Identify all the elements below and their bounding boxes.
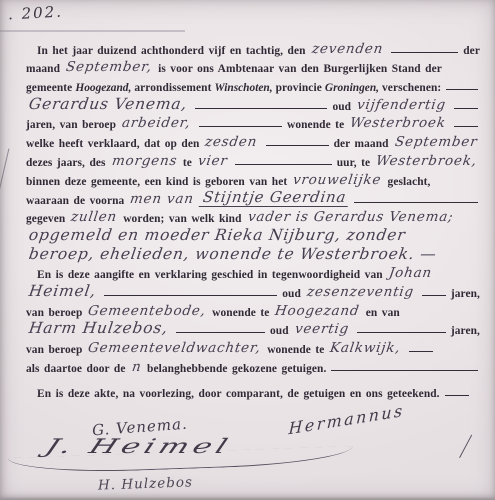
printed-text: gemeente: [26, 82, 72, 94]
fill-in-rule: [446, 89, 478, 90]
printed-text: oud: [282, 288, 301, 300]
printed-text: geslacht,: [388, 176, 431, 188]
document-line: beroep, ehelieden, wonende te Westerbroe…: [26, 244, 480, 263]
fill-in-dash: [445, 395, 469, 396]
printed-text: worden; van welk kind: [123, 213, 241, 225]
printed-text: arrondissement: [134, 82, 211, 94]
fill-in-rule: [199, 126, 282, 127]
fill-in-rule: [195, 108, 327, 109]
printed-text: uur, te: [337, 157, 370, 169]
printed-text: In het jaar duizend achthonderd vijf en …: [37, 45, 306, 57]
handwritten-text: zullen: [67, 209, 121, 225]
printed-text: binnen deze gemeente, een kind is gebore…: [26, 176, 287, 188]
document-line: In het jaar duizend achthonderd vijf en …: [26, 38, 480, 57]
fill-in-dash: [454, 108, 478, 109]
document-body: In het jaar duizend achthonderd vijf en …: [26, 38, 480, 400]
printed-italic-text: Groningen,: [325, 82, 379, 94]
document-line: dezes jaars, desmorgenstevieruur, teWest…: [26, 150, 480, 169]
printed-text: en van: [366, 307, 400, 319]
printed-text: waaraan de voorna: [26, 195, 124, 207]
fill-in-rule: [235, 164, 331, 165]
handwritten-text: vrouwelijke: [289, 172, 385, 188]
handwritten-text-large: Gerardus Venema,: [25, 95, 192, 113]
printed-text: maand: [26, 63, 60, 75]
printed-italic-text: Winschoten,: [214, 82, 272, 94]
handwritten-text: vijfendertig: [353, 97, 450, 113]
printed-text: als daartoe door de: [26, 363, 126, 375]
witness2-signature: H. Hulzebos: [98, 474, 193, 493]
handwritten-text: men van: [126, 191, 198, 207]
fill-in-rule: [357, 332, 446, 333]
printed-text: van beroep: [26, 307, 82, 319]
handwritten-text: Johan: [385, 265, 436, 281]
fill-in-rule: [331, 370, 478, 371]
document-line: van beroepGemeentebode,wonende teHoogeza…: [26, 300, 480, 319]
printed-text: der: [463, 45, 480, 57]
fill-in-rule: [354, 202, 478, 203]
document-line: van beroepGemeenteveldwachter,wonende te…: [26, 337, 480, 356]
handwritten-text-large: Heimel,: [25, 282, 101, 300]
fill-in-dash: [422, 295, 446, 296]
fill-in-dash: [454, 126, 478, 127]
handwritten-text: vader is Gerardus Venema;: [243, 209, 457, 225]
printed-text: jaren, van beroep: [26, 119, 116, 131]
printed-text: dezes jaars, des: [26, 157, 106, 169]
document-line: binnen deze gemeente, een kind is gebore…: [26, 169, 480, 188]
printed-text: belanghebbende gekozene getuigen.: [147, 363, 326, 375]
scanned-birth-certificate: . 202. In het jaar duizend achthonderd v…: [0, 0, 495, 500]
document-line: gegevenzullenworden; van welk kindvader …: [26, 207, 480, 226]
handwritten-text-large: beroep, ehelieden, wonende te Westerbroe…: [25, 245, 441, 263]
fill-in-dash: [409, 351, 433, 352]
registrar-signature: Hermannus: [288, 401, 405, 439]
document-line: gemeenteHoogezand,arrondissementWinschot…: [26, 75, 480, 94]
handwritten-text: Gemeenteveldwachter,: [84, 340, 265, 356]
handwritten-text: Westerbroek: [346, 115, 450, 131]
handwritten-text: Kalkwijk,: [326, 340, 405, 356]
printed-text: verschenen:: [382, 82, 441, 94]
handwritten-text: zesenzeventig: [303, 284, 418, 300]
handwritten-text: vier: [194, 153, 232, 169]
printed-text: is voor ons Ambtenaar van den Burgerlijk…: [158, 63, 442, 75]
document-line: jaren, van beroeparbeider,wonende teWest…: [26, 113, 480, 132]
printed-text: van beroep: [26, 344, 82, 356]
printed-text: wonende te: [287, 119, 344, 131]
document-line: als daartoe door denbelanghebbende gekoz…: [26, 356, 480, 375]
printed-text: En is deze akte, na voorlezing, door com…: [37, 388, 440, 400]
document-line: waaraan de voornamen vanStijntje Geerdin…: [26, 188, 480, 207]
document-line: En is deze akte, na voorlezing, door com…: [26, 382, 480, 401]
handwritten-text: September,: [62, 59, 156, 75]
printed-text: oud: [270, 325, 289, 337]
printed-text: gegeven: [26, 213, 65, 225]
printed-text: jaren,: [451, 288, 480, 300]
printed-text: oud: [332, 101, 351, 113]
handwritten-text: Westerbroek,: [372, 153, 481, 169]
registrar-signature-flourish: [447, 428, 472, 458]
handwritten-text: Gemeentebode,: [84, 303, 210, 319]
printed-text: der maand: [334, 138, 389, 150]
handwritten-text-large: opgemeld en moeder Rieka Nijburg, zonder: [25, 226, 410, 244]
document-line: welke heeft verklaard, dat op denzesdend…: [26, 131, 480, 150]
stray-ink-mark: [0, 149, 9, 196]
handwritten-text: veertig: [291, 321, 353, 337]
fill-in-rule: [266, 145, 329, 146]
act-number: . 202.: [8, 3, 64, 24]
fill-in-rule: [176, 332, 265, 333]
printed-italic-text: Hoogezand,: [75, 82, 131, 94]
printed-text: wonende te: [212, 307, 269, 319]
document-line: Gerardus Venema,oudvijfendertig: [26, 94, 480, 113]
printed-text: En is deze aangifte en verklaring geschi…: [37, 269, 383, 281]
document-line: Harm Hulzebos,oudveertigjaren,: [26, 319, 480, 338]
handwritten-text-large: Harm Hulzebos,: [25, 319, 172, 337]
signature-area: G. Venema. Hermannus J. Heimel H. Hulzeb…: [0, 412, 495, 500]
printed-text: welke heeft verklaard, dat op den: [26, 138, 199, 150]
fill-in-rule: [104, 295, 277, 296]
handwritten-text: zesden: [201, 134, 261, 150]
handwritten-text: Hoogezand: [271, 303, 364, 319]
handwritten-text: morgens: [107, 153, 180, 169]
faded-rule: [0, 30, 185, 32]
document-line: opgemeld en moeder Rieka Nijburg, zonder: [26, 225, 480, 244]
document-line: maandSeptember,is voor ons Ambtenaar van…: [26, 57, 480, 76]
handwritten-text: September: [390, 134, 481, 150]
printed-text: jaren,: [451, 325, 480, 337]
printed-text: provincie: [276, 82, 322, 94]
fill-in-rule: [391, 52, 459, 53]
printed-text: te: [183, 157, 192, 169]
printed-text: wonende te: [267, 344, 324, 356]
document-line: En is deze aangifte en verklaring geschi…: [26, 263, 480, 282]
handwritten-text-underlined: Stijntje Geerdina: [199, 188, 351, 207]
handwritten-text: arbeider,: [118, 115, 195, 131]
handwritten-text: n: [127, 359, 145, 375]
handwritten-text: zevenden: [307, 41, 386, 57]
document-line: Heimel,oudzesenzeventigjaren,: [26, 281, 480, 300]
